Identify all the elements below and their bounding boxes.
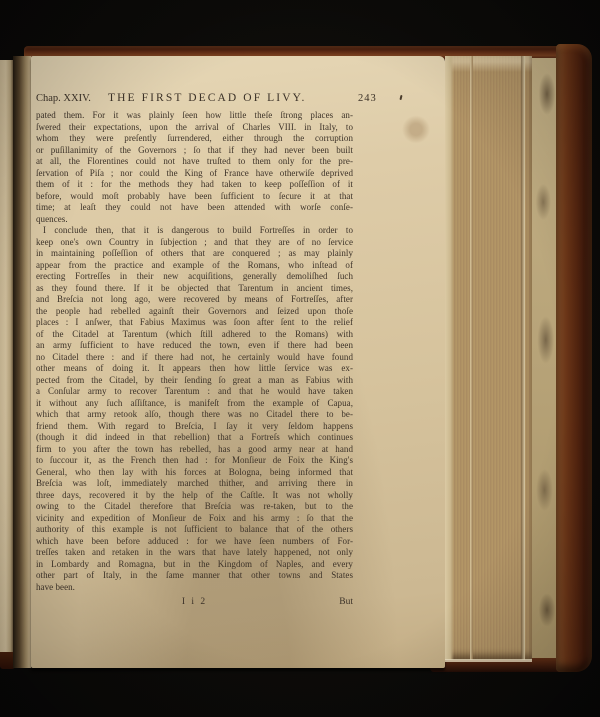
text-line: places : I anſwer, that Fabius Maximus w… bbox=[36, 317, 353, 329]
text-line: three days, recovered it by the help of … bbox=[36, 490, 353, 502]
running-title: THE FIRST DECAD OF LIVY. bbox=[108, 92, 307, 104]
text-line: General, who then lay with his forces at… bbox=[36, 467, 353, 479]
text-line: authority of this example is not ſuffici… bbox=[36, 524, 353, 536]
fore-edge-light-band bbox=[445, 56, 454, 660]
fore-edge-crease bbox=[470, 56, 473, 660]
page-footer: I i 2 But bbox=[36, 597, 353, 609]
gutter-shadow bbox=[13, 56, 31, 668]
signature-mark: I i 2 bbox=[182, 597, 207, 607]
text-line: erecting Fortreſſes in their new acquiſi… bbox=[36, 271, 353, 283]
text-line: keep one's own Country in ſubjection ; a… bbox=[36, 237, 353, 249]
text-line: whom they were preſently ſurrendered, ei… bbox=[36, 133, 353, 145]
text-line: as they found there. If it be objected t… bbox=[36, 283, 353, 295]
leather-cover bbox=[556, 44, 592, 672]
text-line: Breſcia was loſt, immediately marched th… bbox=[36, 478, 353, 490]
fore-edge-bottom-highlight bbox=[445, 659, 532, 662]
text-line: in Lombardy and Romagna, but in the King… bbox=[36, 559, 353, 571]
text-line: time; at leaſt they could not have been … bbox=[36, 202, 353, 214]
text-line: other means of doing it. It appears then… bbox=[36, 363, 353, 375]
facing-page-sliver bbox=[0, 60, 13, 652]
body-text: pated them. For it was plainly ſeen how … bbox=[36, 110, 353, 593]
fore-edge-crease bbox=[521, 56, 525, 660]
text-line: pected from the Citadel, by their ſendin… bbox=[36, 375, 353, 387]
ink-speck bbox=[399, 95, 402, 100]
text-line: or puſillanimity of the Governors ; ſo t… bbox=[36, 145, 353, 157]
text-line: treſſes taken and retaken in the wars th… bbox=[36, 547, 353, 559]
text-line: them of it : for the methods they had ta… bbox=[36, 179, 353, 191]
book-page: Chap. XXIV. THE FIRST DECAD OF LIVY. 243… bbox=[31, 56, 445, 668]
text-line: ſervation of Piſa ; nor could the King o… bbox=[36, 168, 353, 180]
text-line: a Conſular army to recover Tarentum : an… bbox=[36, 386, 353, 398]
text-line: pated them. For it was plainly ſeen how … bbox=[36, 110, 353, 122]
photo-background: Chap. XXIV. THE FIRST DECAD OF LIVY. 243… bbox=[0, 0, 600, 717]
text-line: before, would moſt probably have been ſu… bbox=[36, 191, 353, 203]
running-header: Chap. XXIV. THE FIRST DECAD OF LIVY. 243 bbox=[36, 92, 376, 106]
text-line: in maintaining poſſeſſion of others that… bbox=[36, 248, 353, 260]
text-line: and Breſcia not long ago, were recovered… bbox=[36, 294, 353, 306]
text-line: it without any ſuch aſſiſtance, is manif… bbox=[36, 398, 353, 410]
text-line: which that army retook alſo, though ther… bbox=[36, 409, 353, 421]
text-line: friend them. With regard to Breſcia, I ſ… bbox=[36, 421, 353, 433]
text-line: other part of Italy, in the ſame manner … bbox=[36, 570, 353, 582]
text-line: an army ſufficient to have reduced the t… bbox=[36, 340, 353, 352]
text-line: ſwered their expectations, upon the arri… bbox=[36, 122, 353, 134]
text-line: appear from the practice and example of … bbox=[36, 260, 353, 272]
text-line: at all, the Florentines could not have t… bbox=[36, 156, 353, 168]
text-line: which have been before adduced : for we … bbox=[36, 536, 353, 548]
text-line: of the Citadel at Tarentum (which ſtill … bbox=[36, 329, 353, 341]
text-line: vicinity and expedition of Monſieur de F… bbox=[36, 513, 353, 525]
text-line: (though it did indeed in that rebellion)… bbox=[36, 432, 353, 444]
catchword: But bbox=[339, 597, 353, 607]
text-line: the people had rebelled againſt their Go… bbox=[36, 306, 353, 318]
text-line: owing to the Citadel therefore that Breſ… bbox=[36, 501, 353, 513]
type-area: Chap. XXIV. THE FIRST DECAD OF LIVY. 243… bbox=[36, 92, 358, 609]
text-line: I conclude then, that it is dangerous to… bbox=[36, 225, 353, 237]
fore-edge-page-stack bbox=[445, 56, 532, 660]
text-line: have been. bbox=[36, 582, 353, 594]
page-number: 243 bbox=[358, 93, 377, 104]
text-line: quences. bbox=[36, 214, 353, 226]
marbled-cover-strip bbox=[532, 58, 557, 658]
text-line: firm to you after the town has rebelled,… bbox=[36, 444, 353, 456]
text-line: no Citadel there : and if there had not,… bbox=[36, 352, 353, 364]
chapter-label: Chap. XXIV. bbox=[36, 93, 91, 104]
text-line: to ſuccour it, as the French then had : … bbox=[36, 455, 353, 467]
